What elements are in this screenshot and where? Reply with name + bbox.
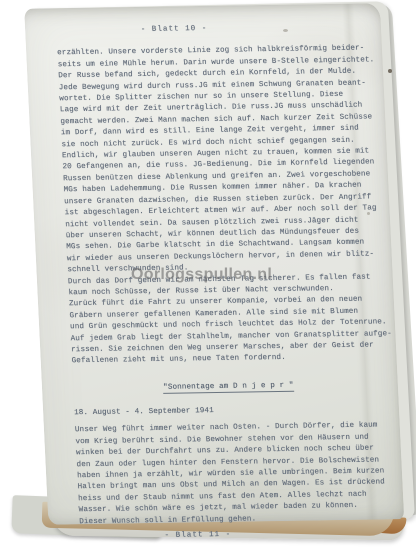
paper-speck [388,69,392,73]
date-range: 18. August - 4. September 1941 [74,403,398,419]
photo-canvas: { "doc": { "header": "- Blatt 10 -", "fo… [0,0,416,555]
paragraph-1: erzählten. Unsere vorderste Linie zog si… [57,44,396,368]
page-number-top: - Blatt 10 - [28,22,320,38]
paragraph-2: Unser Weg führt immer weiter nach Osten.… [75,421,404,529]
section-heading: "Sonnentage am D n j e p r " [125,368,397,406]
document-photo: - Blatt 10 - erzählten. Unsere vorderste… [0,0,416,555]
page-content: - Blatt 10 - erzählten. Unsere vorderste… [24,3,404,525]
watermark-overlay: Oorlogsspullen.nl [131,266,272,284]
paper-speck [283,29,288,32]
section-title: "Sonnentage am D n j e p r " [163,382,294,394]
paper-speck [367,212,370,215]
document-page: - Blatt 10 - erzählten. Unsere vorderste… [24,3,404,525]
